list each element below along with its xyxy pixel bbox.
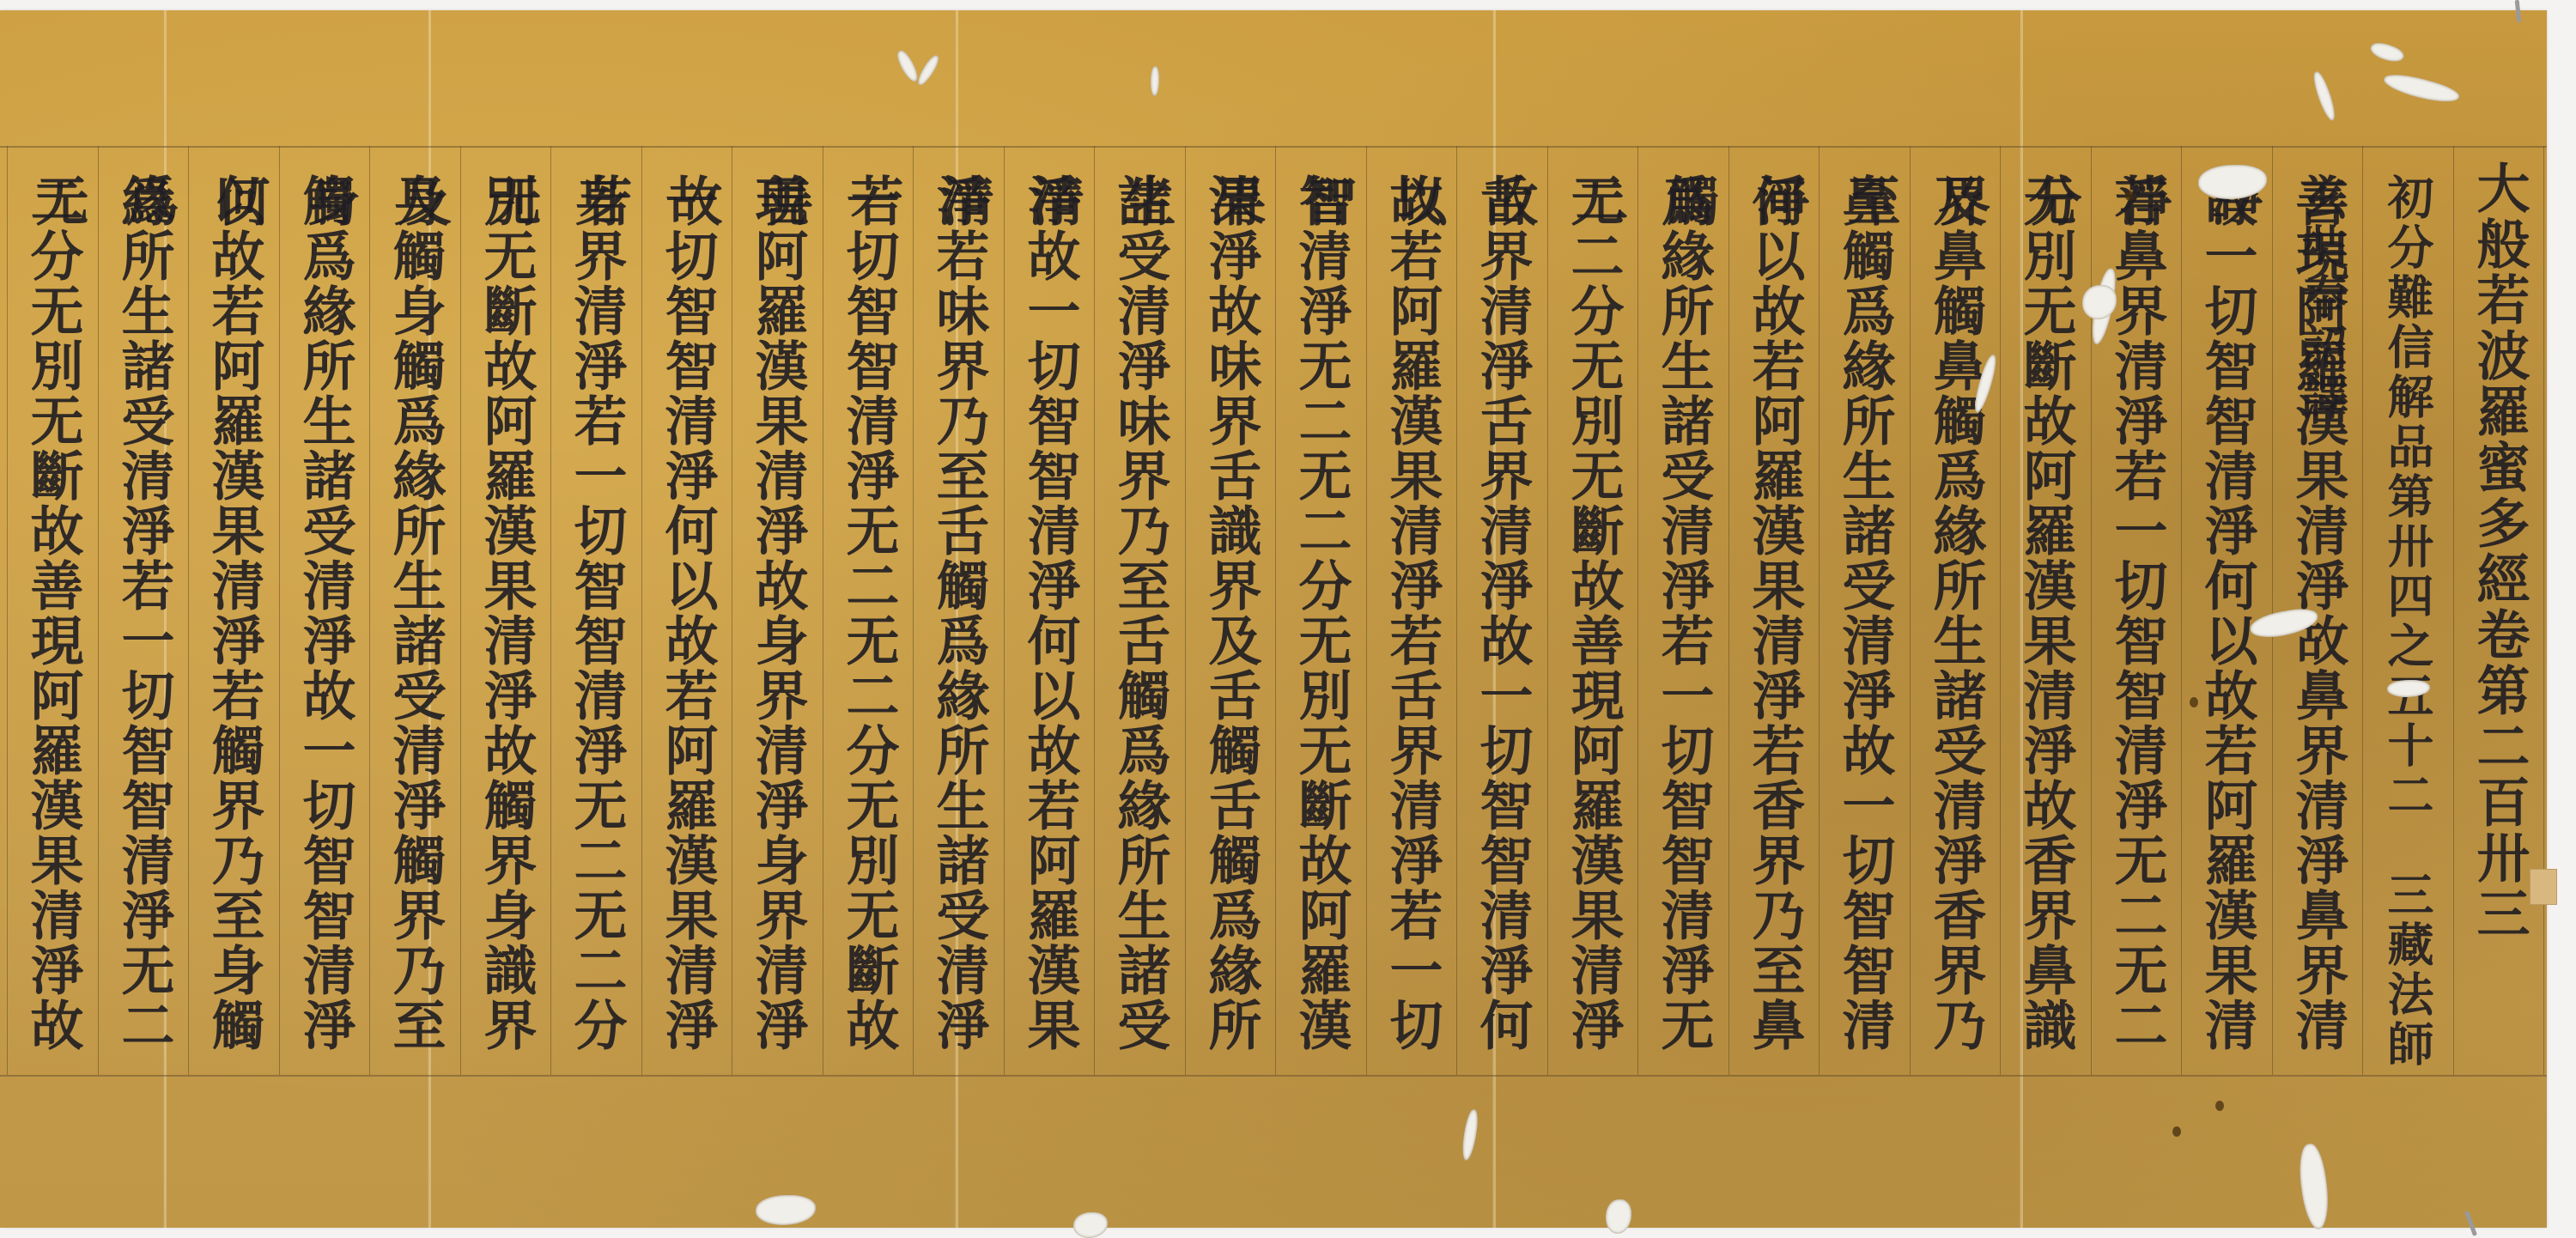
- text-column: 淨若味界乃至舌觸爲緣所生諸受清淨若: [915, 173, 1001, 1075]
- text-column: 身觸身觸爲緣所生諸受清淨觸界乃至身: [372, 173, 458, 1075]
- column-rule-line: [279, 146, 280, 1075]
- top-rule-line: [0, 146, 2547, 148]
- column-rule-line: [7, 146, 8, 1075]
- column-rule-line: [1094, 146, 1095, 1075]
- text-column: 淨故一切智智清淨何以故若阿羅漢果清: [1006, 173, 1092, 1075]
- wormhole-damage: [2295, 1142, 2333, 1230]
- column-rule-line: [913, 146, 914, 1075]
- text-column: 无別无斷故阿羅漢果清淨故香界鼻識界: [2002, 173, 2088, 1075]
- text-column: 以故若阿羅漢果清淨若觸界乃至身觸爲: [191, 173, 276, 1075]
- text-column: 故若阿羅漢果清淨若舌界清淨若一切智: [1369, 173, 1455, 1075]
- wormhole-damage: [756, 1195, 816, 1225]
- wormhole-damage: [1606, 1199, 1631, 1234]
- text-column: 鼻觸爲緣所生諸受清淨故一切智智清淨: [1821, 173, 1907, 1075]
- column-rule-line: [2000, 146, 2001, 1075]
- ink-spot: [2172, 1126, 2181, 1137]
- text-column: 智清淨无二无二分无別无斷故阿羅漢果: [1278, 173, 1364, 1075]
- column-rule-line: [369, 146, 370, 1075]
- column-rule-line: [2543, 146, 2544, 1075]
- column-rule-line: [2181, 146, 2182, 1075]
- ink-spot: [2215, 1101, 2224, 1111]
- text-column: 緣所生諸受清淨若一切智智清淨无二无: [100, 173, 186, 1075]
- sutra-title-column: 大般若波羅蜜多經卷第二百卅三: [2456, 161, 2542, 1062]
- text-column: 觸爲緣所生諸受清淨故一切智智清淨何: [282, 173, 368, 1075]
- ink-spot: [2190, 697, 2198, 707]
- text-column: 別无斷故阿羅漢果清淨故觸界身識界及: [463, 173, 549, 1075]
- wormhole-damage: [1073, 1212, 1108, 1238]
- column-rule-line: [1456, 146, 1457, 1075]
- column-rule-line: [1637, 146, 1638, 1075]
- bottom-rule-line: [0, 1075, 2547, 1077]
- column-rule-line: [2091, 146, 2092, 1075]
- wormhole-damage: [2368, 39, 2406, 66]
- column-rule-line: [188, 146, 189, 1075]
- text-column: 一切智智清淨何以故若阿羅漢果清淨若: [644, 173, 730, 1075]
- wormhole-damage: [2382, 70, 2462, 108]
- paper-repair-patch: [2530, 869, 2557, 905]
- wormhole-damage: [1461, 1108, 1479, 1161]
- text-column: 无二分无別无斷故善現阿羅漢果清淨故: [1550, 173, 1636, 1075]
- column-rule-line: [1275, 146, 1276, 1075]
- wormhole-damage: [1151, 66, 1159, 96]
- column-rule-line: [2453, 146, 2454, 1075]
- text-column: 諸受清淨味界乃至舌觸爲緣所生諸受清: [1097, 173, 1182, 1075]
- chapter-heading-column: 初分難信解品第卅四之五十二 三藏法師玄奘奉詔譯: [2365, 173, 2451, 1075]
- column-rule-line: [1547, 146, 1548, 1075]
- text-column: 現阿羅漢果清淨故身界清淨身界清淨故: [734, 173, 820, 1075]
- column-rule-line: [1366, 146, 1367, 1075]
- text-column: 何以故若阿羅漢果清淨若香界乃至鼻觸: [1731, 173, 1817, 1075]
- sutra-scroll: 大般若波羅蜜多經卷第二百卅三初分難信解品第卅四之五十二 三藏法師玄奘奉詔譯善現阿…: [0, 10, 2547, 1228]
- column-rule-line: [732, 146, 732, 1075]
- column-rule-line: [98, 146, 99, 1075]
- text-column: 舌界清淨舌界清淨故一切智智清淨何以: [1459, 173, 1545, 1075]
- text-column: 一切智智清淨无二无二分无別无斷故善: [825, 173, 911, 1075]
- wormhole-damage: [2310, 70, 2339, 122]
- column-rule-line: [550, 146, 551, 1075]
- column-rule-line: [1910, 146, 1911, 1075]
- wormhole-damage: [915, 53, 941, 88]
- column-rule-line: [1185, 146, 1186, 1075]
- column-rule-line: [2272, 146, 2273, 1075]
- wormhole-damage: [894, 48, 921, 84]
- column-rule-line: [1004, 146, 1005, 1075]
- ink-spot: [2207, 414, 2215, 424]
- column-rule-line: [823, 146, 823, 1075]
- ink-spot: [2125, 191, 2134, 201]
- text-column: 爲緣所生諸受清淨若一切智智清淨无二: [1640, 173, 1726, 1075]
- column-rule-line: [1819, 146, 1820, 1075]
- text-column: 及鼻觸鼻觸爲緣所生諸受清淨香界乃至: [1912, 173, 1998, 1075]
- text-column: 二分无別无斷故善現阿羅漢果清淨故意: [9, 173, 95, 1075]
- text-column: 身界清淨若一切智智清淨无二无二分无: [553, 173, 639, 1075]
- column-rule-line: [1728, 146, 1729, 1075]
- column-rule-line: [641, 146, 642, 1075]
- column-rule-line: [460, 146, 461, 1075]
- text-column: 清淨故味界舌識界及舌觸舌觸爲緣所生: [1188, 173, 1273, 1075]
